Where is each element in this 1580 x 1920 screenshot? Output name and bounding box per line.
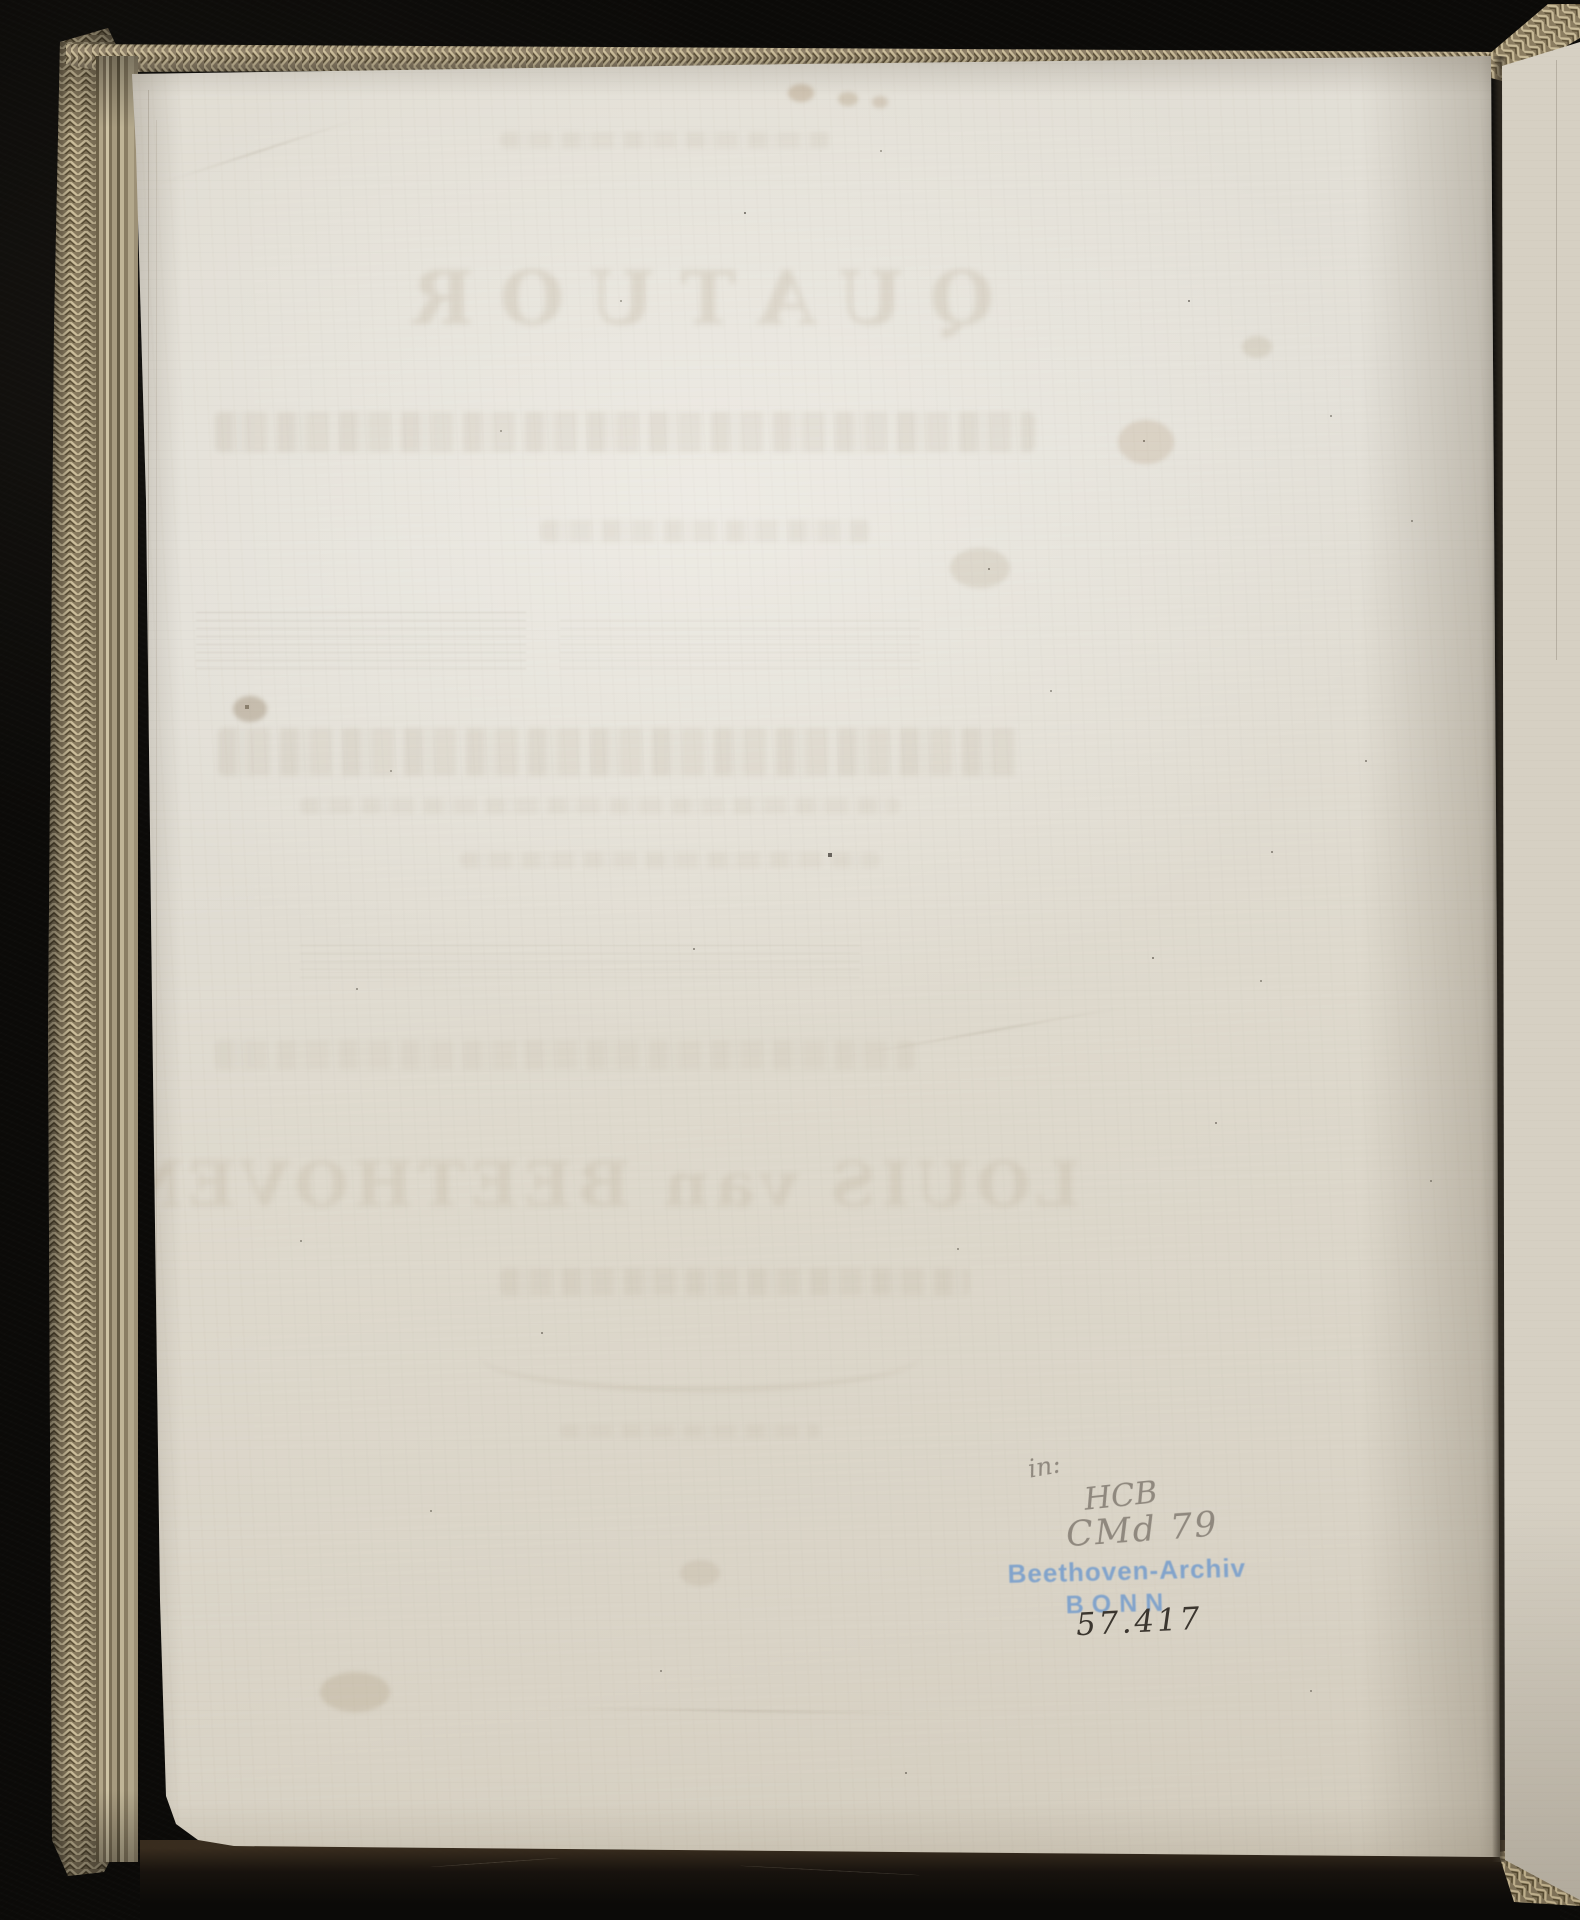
foxing-spot xyxy=(1242,336,1272,358)
showthrough-band xyxy=(540,520,870,542)
showthrough-band xyxy=(460,852,880,868)
foxing-spot xyxy=(838,92,858,106)
showthrough-music-staff xyxy=(196,612,526,670)
showthrough-band xyxy=(215,412,1035,452)
showthrough-band xyxy=(560,1424,820,1438)
showthrough-band xyxy=(500,1268,970,1296)
foxing-spot xyxy=(1118,420,1174,464)
ink-accession-number: 57.417 xyxy=(1075,1601,1203,1644)
pencil-annotation-prefix: in: xyxy=(1026,1449,1063,1483)
showthrough-band xyxy=(218,728,1018,776)
stamp-line-archive-name: Beethoven-Archiv xyxy=(1007,1553,1228,1590)
showthrough-band xyxy=(500,132,830,148)
foxing-spot xyxy=(680,1560,720,1586)
showthrough-music-staff xyxy=(560,620,920,670)
foxing-spot xyxy=(872,96,888,108)
stacked-page-edges xyxy=(96,56,138,1862)
foxing-spot xyxy=(320,1672,390,1712)
photo-of-open-score-book: QUATUOR LOUIS van BEETHOVEN in: HCB CMd … xyxy=(0,0,1580,1920)
page-gutter-shading xyxy=(1360,56,1500,1860)
foxing-spot xyxy=(788,84,814,102)
showthrough-band xyxy=(215,1040,915,1070)
showthrough-music-staff xyxy=(300,945,860,985)
showthrough-flourish xyxy=(480,1322,920,1391)
foxing-spot xyxy=(950,548,1010,588)
recto-paper-grain xyxy=(1502,40,1580,1900)
showthrough-title-quatuor: QUATUOR xyxy=(360,256,1020,342)
showthrough-band xyxy=(300,798,900,814)
showthrough-composer-name: LOUIS van BEETHOVEN xyxy=(190,1148,1080,1221)
blank-verso-page: QUATUOR LOUIS van BEETHOVEN in: HCB CMd … xyxy=(0,0,1580,1920)
foxing-spot xyxy=(233,696,267,722)
